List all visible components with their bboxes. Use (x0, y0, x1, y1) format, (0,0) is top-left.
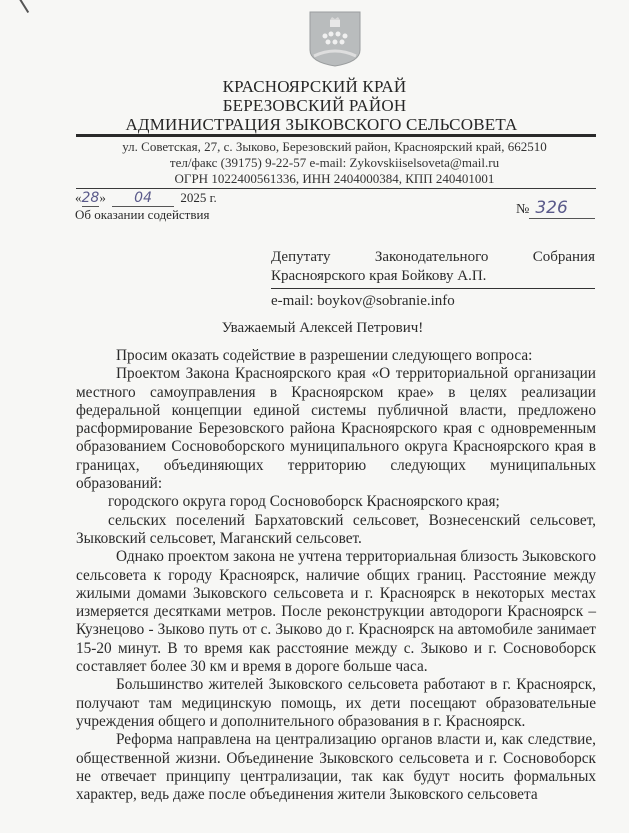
addressee-block: Депутату Законодательного Собрания Красн… (271, 248, 595, 311)
paragraph: Просим оказать содействие в разрешении с… (76, 347, 596, 365)
greeting: Уважаемый Алексей Петрович! (0, 320, 629, 337)
paragraph: Однако проектом закона не учтена террито… (76, 548, 596, 676)
address-line: ул. Советская, 27, с. Зыково, Березовски… (0, 139, 629, 155)
addressee-name: Красноярского края Бойкову А.П. (271, 267, 595, 289)
registry-line: ОГРН 1022400561336, ИНН 2404000384, КПП … (0, 171, 629, 187)
organization-title: АДМИНИСТРАЦИЯ ЗЫКОВСКОГО СЕЛЬСОВЕТА (0, 115, 629, 135)
letter-page: КРАСНОЯРСКИЙ КРАЙ БЕРЕЗОВСКИЙ РАЙОН АДМИ… (0, 0, 629, 833)
document-date: «28» 04 2025 г. (75, 190, 217, 207)
document-number: №326 (516, 198, 595, 219)
date-day: 28 (82, 190, 100, 206)
district-title: БЕРЕЗОВСКИЙ РАЙОН (0, 96, 629, 116)
number-value: 326 (535, 198, 567, 218)
list-item: сельских поселений Бархатовский сельсове… (76, 512, 596, 549)
coat-of-arms-icon (308, 10, 362, 68)
pen-mark (17, 0, 29, 13)
document-subject: Об оказании содействия (75, 207, 209, 223)
list-item: городского округа город Сосновоборск Кра… (76, 493, 596, 511)
paragraph: Проектом Закона Красноярского края «О те… (76, 365, 596, 493)
addressee-email: e-mail: boykov@sobranie.info (271, 292, 595, 311)
contacts-line: тел/факс (39175) 9-22-57 e-mail: Zykovsk… (0, 155, 629, 171)
header-divider (76, 134, 596, 137)
region-title: КРАСНОЯРСКИЙ КРАЙ (0, 77, 629, 97)
date-year: 2025 г. (180, 190, 216, 205)
letter-body: Просим оказать содействие в разрешении с… (76, 347, 596, 804)
date-month: 04 (134, 190, 152, 206)
paragraph: Большинство жителей Зыковского сельсовет… (76, 676, 596, 731)
paragraph: Реформа направлена на централизацию орга… (76, 731, 596, 804)
registry-divider (76, 188, 596, 189)
